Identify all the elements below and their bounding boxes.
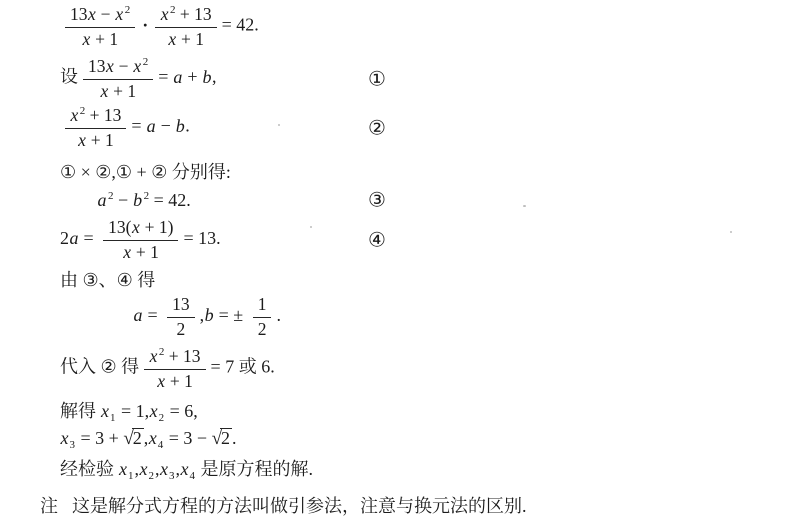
variable: x xyxy=(100,81,109,101)
math-text: 13 xyxy=(70,4,88,24)
equation-number-3: ③ xyxy=(368,188,386,213)
equation-content: x2 + 13x + 1= a − b. xyxy=(60,105,190,150)
math-text: = xyxy=(131,116,146,136)
equation-content: 解得 x1 = 1,x2 = 6, xyxy=(60,397,198,424)
math-text: − xyxy=(114,190,133,210)
variable: x xyxy=(149,346,158,366)
fraction-denominator: 2 xyxy=(253,318,272,340)
math-text: + 13 xyxy=(85,105,121,125)
math-text: + 1 xyxy=(109,81,136,101)
variable: b xyxy=(175,116,185,136)
subscript: 2 xyxy=(159,412,165,424)
math-text: + 1 xyxy=(91,29,118,49)
superscript: 2 xyxy=(125,4,131,16)
fraction: x2 + 13x + 1 xyxy=(155,4,216,49)
variable: x xyxy=(160,459,169,479)
text-line-operations: ① × ②,① + ② 分别得: xyxy=(60,158,231,184)
variable: x xyxy=(115,4,124,24)
equation-line-8: a = 132,b = ± 12. xyxy=(133,295,281,339)
variable: x xyxy=(106,56,115,76)
variable: x xyxy=(148,428,157,448)
math-text: 13( xyxy=(108,217,131,237)
fraction-numerator: 13x − x2 xyxy=(83,56,153,80)
fraction-numerator: 1 xyxy=(253,295,272,318)
math-text: + 1 xyxy=(177,29,204,49)
fraction-denominator: x + 1 xyxy=(103,241,178,263)
math-text: 是原方程的解. xyxy=(196,459,313,479)
equation-line-10: 解得 x1 = 1,x2 = 6, xyxy=(60,397,198,423)
line-text: ① × ②,① + ② 分别得: xyxy=(60,158,231,184)
note-line: 注这是解分式方程的方法叫做引参法，注意与换元法的区别. xyxy=(40,492,527,518)
variable: b xyxy=(204,305,214,325)
radicand: 2 xyxy=(220,428,232,448)
variable: x xyxy=(139,459,148,479)
math-text: − xyxy=(96,4,115,24)
lead-text: 设 xyxy=(60,67,78,87)
variable: a xyxy=(133,305,143,325)
variable: x xyxy=(157,371,166,391)
equation-number-2: ② xyxy=(368,116,386,141)
equation-line-1: 13x − x2x + 1·x2 + 13x + 1= 42. xyxy=(60,5,259,49)
math-text: + 1 xyxy=(86,130,113,150)
equation-number-4: ④ xyxy=(368,228,386,253)
variable: x xyxy=(88,4,97,24)
math-text: , xyxy=(155,459,160,479)
variable: x xyxy=(119,459,128,479)
math-text: = 1, xyxy=(117,401,150,421)
variable: x xyxy=(101,401,110,421)
subscript: 3 xyxy=(169,470,175,482)
fraction-denominator: 2 xyxy=(167,318,195,340)
variable: a xyxy=(146,116,156,136)
variable: a xyxy=(69,228,79,248)
subscript: 2 xyxy=(149,470,155,482)
scan-speck xyxy=(278,124,280,126)
math-text: . xyxy=(185,116,190,136)
equation-content: 设13x − x2x + 1= a + b, xyxy=(60,56,217,101)
math-text: + 1) xyxy=(140,217,173,237)
fraction-denominator: x + 1 xyxy=(144,370,205,392)
math-text: + xyxy=(183,67,202,87)
note-label: 注 xyxy=(40,496,58,516)
variable: x xyxy=(133,56,142,76)
equation-content: a = 132,b = ± 12. xyxy=(133,295,281,339)
variable: a xyxy=(173,67,183,87)
superscript: 2 xyxy=(143,56,149,68)
equation-content: 代入 ② 得x2 + 13x + 1= 7 或 6. xyxy=(60,346,275,391)
math-text: = xyxy=(143,305,162,325)
variable: x xyxy=(123,242,132,262)
fraction: 12 xyxy=(253,295,272,339)
subscript: 1 xyxy=(110,412,116,424)
fraction: x2 + 13x + 1 xyxy=(144,346,205,391)
text-line-from-eq34: 由 ③、④ 得 xyxy=(60,266,155,292)
equation-content: a2 − b2 = 42. xyxy=(97,190,191,211)
variable: b xyxy=(202,67,212,87)
fraction: 13x − x2x + 1 xyxy=(83,56,153,101)
subscript: 1 xyxy=(128,470,134,482)
fraction-numerator: x2 + 13 xyxy=(144,346,205,370)
math-text: + 13 xyxy=(164,346,200,366)
fraction: x2 + 13x + 1 xyxy=(65,105,126,150)
conclusion-line: 经检验 x1,x2,x3,x4 是原方程的解. xyxy=(60,455,313,481)
equation-content: 13x − x2x + 1·x2 + 13x + 1= 42. xyxy=(60,4,259,49)
fraction-denominator: x + 1 xyxy=(83,80,153,102)
subscript: 3 xyxy=(70,439,76,451)
equation-content: x3 = 3 + √2,x4 = 3 − √2. xyxy=(60,428,237,451)
scan-speck xyxy=(730,231,732,233)
fraction-numerator: 13x − x2 xyxy=(65,4,135,28)
fraction: 13x − x2x + 1 xyxy=(65,4,135,49)
math-text: + 13 xyxy=(175,4,211,24)
equation-line-3: x2 + 13x + 1= a − b. ② xyxy=(60,106,190,150)
equation-line-5: a2 − b2 = 42. ③ xyxy=(97,187,191,213)
lead-text: 代入 ② 得 xyxy=(60,357,139,377)
variable: x xyxy=(168,29,177,49)
variable: x xyxy=(60,428,69,448)
square-root: √2 xyxy=(123,428,143,448)
equation-line-11: x3 = 3 + √2,x4 = 3 − √2. xyxy=(60,426,237,452)
math-text: = xyxy=(158,67,173,87)
math-text: 2 xyxy=(60,228,69,248)
equation-content: 2a = 13(x + 1)x + 1= 13. xyxy=(60,218,221,262)
fraction: 132 xyxy=(167,295,195,339)
math-text: = 13. xyxy=(183,228,220,248)
equation-line-9: 代入 ② 得x2 + 13x + 1= 7 或 6. xyxy=(60,346,275,392)
variable: a xyxy=(97,190,107,210)
fraction-denominator: x + 1 xyxy=(65,28,135,50)
fraction-denominator: x + 1 xyxy=(155,28,216,50)
math-text: . xyxy=(276,305,281,325)
variable: x xyxy=(180,459,189,479)
variable: b xyxy=(133,190,143,210)
math-text: − xyxy=(114,56,133,76)
line-text: 由 ③、④ 得 xyxy=(60,266,155,292)
fraction-numerator: x2 + 13 xyxy=(65,105,126,129)
multiplication-dot: · xyxy=(142,15,148,35)
math-text: = 3 + xyxy=(76,428,123,448)
math-text: . xyxy=(232,428,237,448)
variable: x xyxy=(70,105,79,125)
math-text: 13 xyxy=(88,56,106,76)
math-text: = 42. xyxy=(222,15,259,35)
square-root: √2 xyxy=(212,428,232,448)
fraction-numerator: 13 xyxy=(167,295,195,318)
subscript: 4 xyxy=(158,439,164,451)
scan-speck xyxy=(523,205,526,207)
fraction-numerator: x2 + 13 xyxy=(155,4,216,28)
math-text: , xyxy=(212,67,217,87)
math-text: + 1 xyxy=(166,371,193,391)
math-text: = xyxy=(79,228,98,248)
variable: x xyxy=(131,217,140,237)
math-text: = 3 − xyxy=(164,428,211,448)
variable: x xyxy=(160,4,169,24)
radicand: 2 xyxy=(132,428,144,448)
fraction: 13(x + 1)x + 1 xyxy=(103,218,178,262)
equation-number-1: ① xyxy=(368,67,386,92)
equation-line-2: 设13x − x2x + 1= a + b, ① xyxy=(60,56,217,102)
math-text: = 6, xyxy=(165,401,198,421)
math-text: − xyxy=(156,116,175,136)
note-text: 这是解分式方程的方法叫做引参法，注意与换元法的区别. xyxy=(72,496,527,516)
lead-text: 经检验 xyxy=(60,459,119,479)
math-text: = 7 或 6. xyxy=(211,357,275,377)
math-text: = ± xyxy=(214,305,248,325)
math-text: = 42. xyxy=(149,190,191,210)
fraction-denominator: x + 1 xyxy=(65,129,126,151)
equation-line-6: 2a = 13(x + 1)x + 1= 13. ④ xyxy=(60,218,221,262)
fraction-numerator: 13(x + 1) xyxy=(103,218,178,241)
document-page: 13x − x2x + 1·x2 + 13x + 1= 42. 设13x − x… xyxy=(0,0,800,527)
note-content: 注这是解分式方程的方法叫做引参法，注意与换元法的区别. xyxy=(40,492,527,518)
variable: x xyxy=(149,401,158,421)
equation-content: 经检验 x1,x2,x3,x4 是原方程的解. xyxy=(60,455,313,482)
scan-speck xyxy=(310,226,312,228)
lead-text: 解得 xyxy=(60,401,101,421)
math-text: + 1 xyxy=(132,242,159,262)
subscript: 4 xyxy=(190,470,196,482)
variable: x xyxy=(82,29,91,49)
